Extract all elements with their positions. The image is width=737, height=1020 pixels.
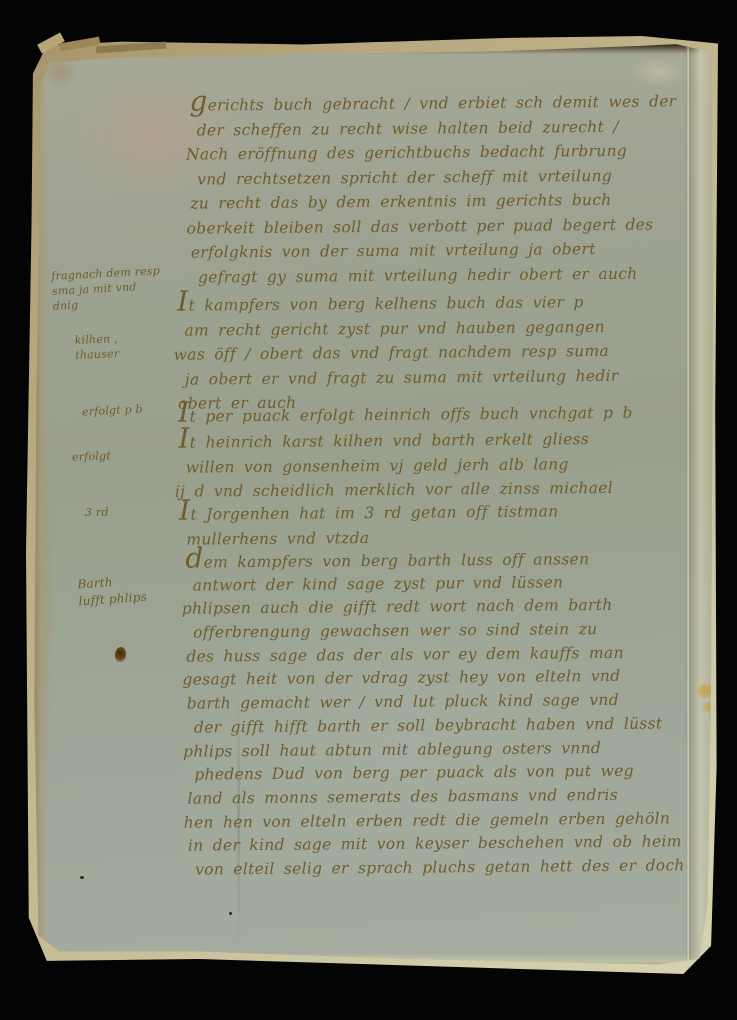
manuscript-line: am recht gericht zyst pur vnd hauben geg… — [184, 314, 618, 342]
scan-background: fragnach dem resp sma ja mit vnd dnig ki… — [0, 0, 737, 1020]
manuscript-line: Nach eröffnung des gerichtbuchs bedacht … — [186, 138, 677, 167]
manuscript-line: gefragt gy suma mit vrteilung hedir ober… — [198, 261, 678, 290]
manuscript-line: It kampfers von berg kelhens buch das vi… — [177, 290, 618, 318]
paragraph-4: It heinrich karst kilhen vnd barth erkel… — [178, 427, 613, 504]
manuscript-line: phlipsen auch die gifft redt wort nach d… — [182, 594, 683, 622]
dirt-speck — [80, 876, 84, 879]
manuscript-line: It Jorgenhen hat im 3 rd getan off tistm… — [179, 499, 559, 527]
manuscript-page: fragnach dem resp sma ja mit vnd dnig ki… — [33, 44, 713, 968]
paragraph-2: It kampfers von berg kelhens buch das vi… — [177, 290, 619, 416]
manuscript-line: ja obert er vnd fragt zu suma mit vrteil… — [185, 363, 619, 391]
manuscript-line: oberkeit bleiben soll das verbott per pu… — [186, 212, 677, 241]
paragraph-6: dem kampfers von berg barth luss off ans… — [185, 546, 684, 882]
manuscript-line: willen von gonsenheim vj geld jerh alb l… — [186, 451, 613, 479]
paragraph-5: It Jorgenhen hat im 3 rd getan off tistm… — [179, 499, 559, 551]
paragraph-3: It per puack erfolgt heinrich offs buch … — [178, 401, 633, 429]
paragraph-1: gerichts buch gebracht / vnd erbiet sch … — [189, 89, 678, 289]
manuscript-line: von elteil selig er sprach pluchs getan … — [195, 854, 685, 882]
manuscript-line: was öff / obert das vnd fragt nachdem re… — [174, 339, 619, 367]
manuscript-line: It per puack erfolgt heinrich offs buch … — [178, 401, 633, 429]
manuscript-line: It heinrich karst kilhen vnd barth erkel… — [178, 427, 612, 455]
dirt-speck — [229, 912, 232, 915]
wax-stain — [697, 684, 713, 698]
main-text-block: gerichts buch gebracht / vnd erbiet sch … — [29, 41, 717, 971]
ink-blot — [115, 647, 126, 662]
manuscript-line: gerichts buch gebracht / vnd erbiet sch … — [189, 89, 676, 118]
manuscript-line: zu recht das by dem erkentnis im gericht… — [190, 187, 677, 216]
manuscript-line: der gifft hifft barth er soll beybracht … — [194, 712, 684, 740]
